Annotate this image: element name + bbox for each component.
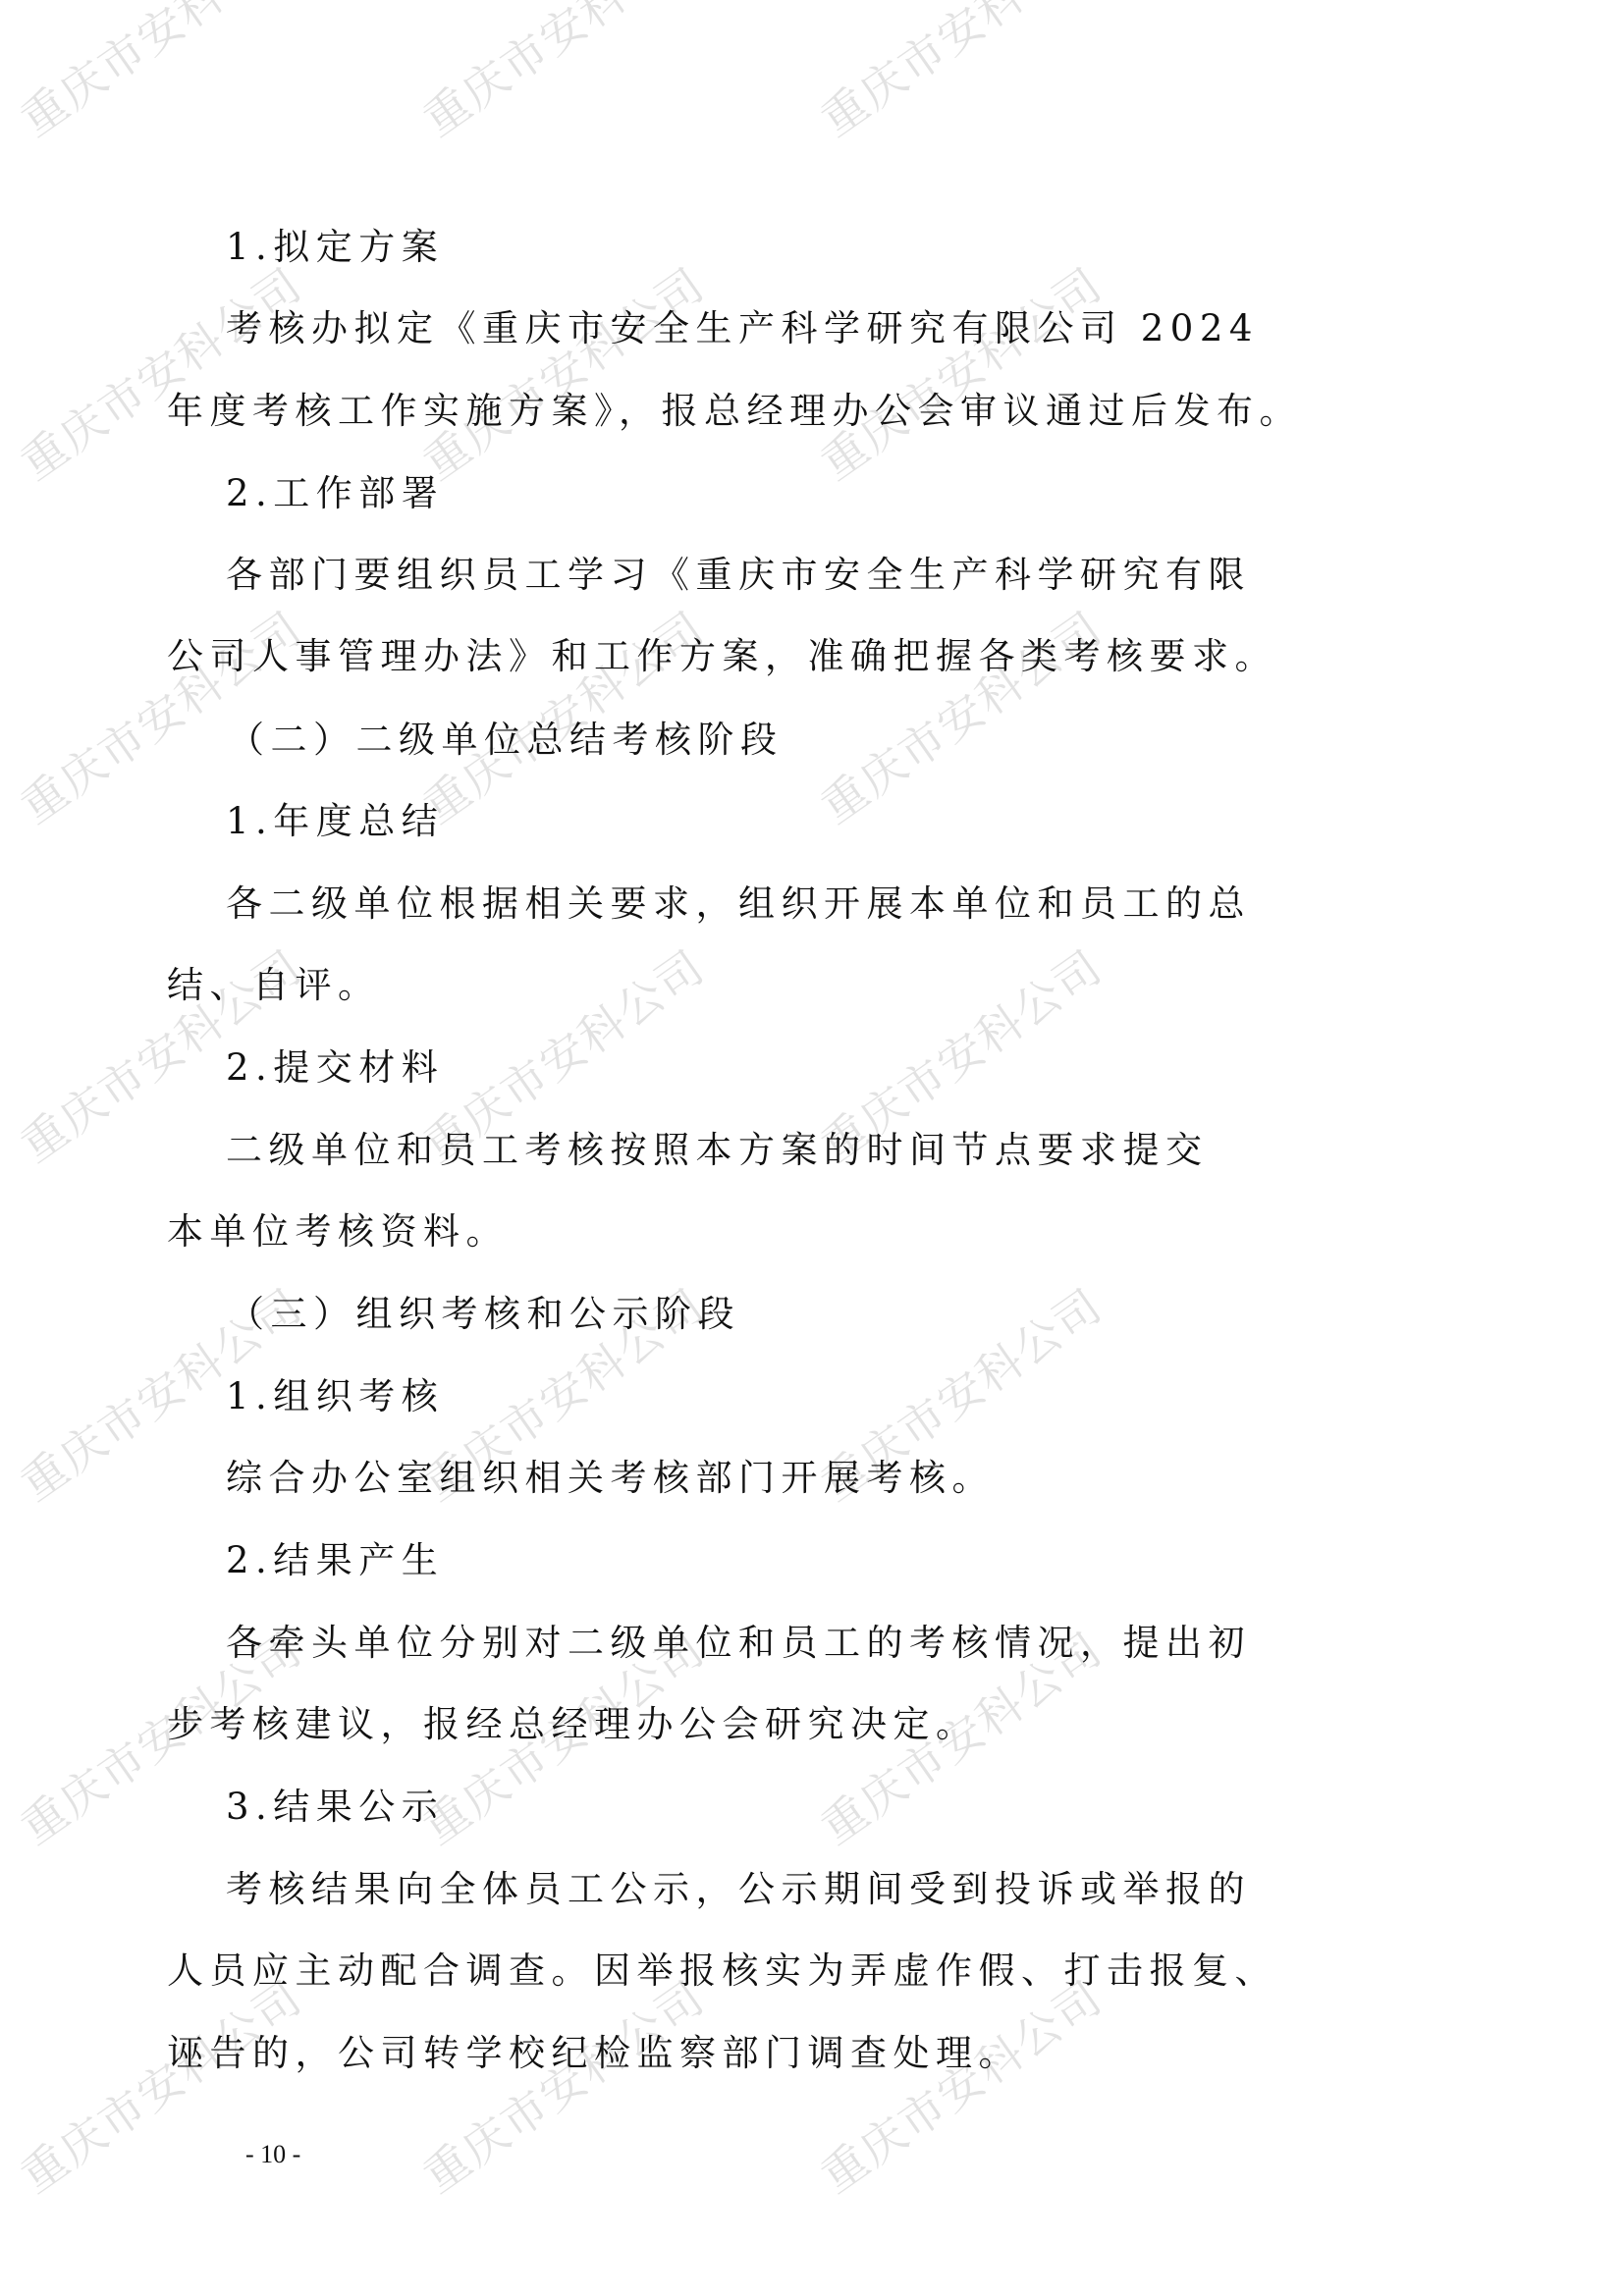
subheading-results-publicity: 3.结果公示 — [226, 1789, 444, 1825]
watermark: 重庆市安科公司 — [14, 261, 310, 487]
paragraph-line: 考核结果向全体员工公示，公示期间受到投诉或举报的 — [226, 1871, 1251, 1907]
document-page: 重庆市安科公司 重庆市安科公司 重庆市安科公司 重庆市安科公司 重庆市安科公司 … — [0, 0, 1624, 2296]
paragraph-line: 各部门要组织员工学习《重庆市安全生产科学研究有限 — [226, 557, 1251, 593]
page-number: - 10 - — [245, 2140, 300, 2169]
subheading-submit-materials: 2.提交材料 — [226, 1049, 444, 1086]
watermark: 重庆市安科公司 — [416, 1974, 713, 2200]
subheading-results: 2.结果产生 — [226, 1542, 444, 1578]
watermark: 重庆市安科公司 — [814, 261, 1110, 487]
paragraph-line: 二级单位和员工考核按照本方案的时间节点要求提交 — [226, 1132, 1209, 1168]
paragraph-line: 公司人事管理办法》和工作方案，准确把握各类考核要求。 — [167, 638, 1277, 674]
subheading-draft-plan: 1.拟定方案 — [226, 229, 444, 265]
paragraph-line: 诬告的，公司转学校纪检监察部门调查处理。 — [167, 2035, 1021, 2071]
paragraph-line: 各二级单位根据相关要求，组织开展本单位和员工的总 — [226, 885, 1251, 922]
subheading-annual-summary: 1.年度总结 — [226, 803, 444, 839]
paragraph-line: 本单位考核资料。 — [167, 1213, 509, 1250]
paragraph-line: 考核办拟定《重庆市安全生产科学研究有限公司 2024 — [226, 310, 1259, 347]
paragraph-line: 综合办公室组织相关考核部门开展考核。 — [226, 1460, 995, 1496]
watermark: 重庆市安科公司 — [814, 0, 1110, 143]
subheading-organize-assessment: 1.组织考核 — [226, 1378, 444, 1415]
subheading-work-deployment: 2.工作部署 — [226, 475, 444, 511]
paragraph-line: 年度考核工作实施方案》，报总经理办公会审议通过后发布。 — [167, 393, 1302, 429]
paragraph-line: 步考核建议，报经总经理办公会研究决定。 — [167, 1706, 979, 1742]
watermark: 重庆市安科公司 — [14, 0, 310, 143]
paragraph-line: 结、自评。 — [167, 967, 381, 1003]
watermark: 重庆市安科公司 — [416, 0, 713, 143]
watermark: 重庆市安科公司 — [814, 1974, 1110, 2200]
section-heading-assessment-publicity: （三）组织考核和公示阶段 — [228, 1296, 740, 1332]
paragraph-line: 人员应主动配合调查。因举报核实为弄虚作假、打击报复、 — [167, 1952, 1277, 1989]
paragraph-line: 各牵头单位分别对二级单位和员工的考核情况，提出初 — [226, 1625, 1251, 1661]
section-heading-secondary-units: （二）二级单位总结考核阶段 — [228, 721, 784, 758]
watermark: 重庆市安科公司 — [416, 261, 713, 487]
